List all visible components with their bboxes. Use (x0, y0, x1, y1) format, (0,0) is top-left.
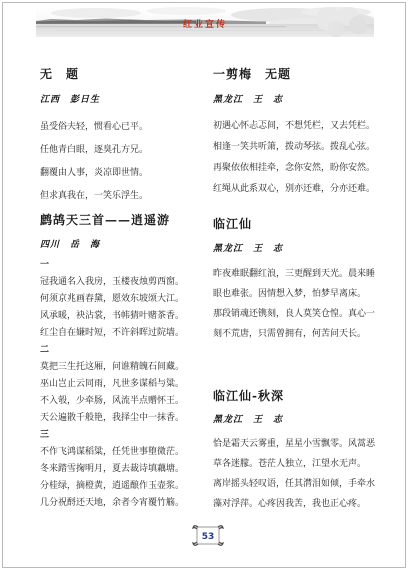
poem-line: 相逢一笑共听箫，拨动琴弦。拨乱心弦。 (213, 135, 389, 156)
poem-wuti: 无 题 江西 彭日生 虽受俗夫轻，惯看心已平。 任他青白眼，逐臭孔方兄。 翻覆由… (40, 65, 216, 206)
poem-line: 巫山岂止云同雨，凡世多谋稻与粱。 (40, 374, 216, 391)
poem-line: 草各迷朦。苍茫人独立，江望水无声。 (213, 452, 389, 472)
poem-author: 四川 岳 海 (40, 237, 216, 250)
poem-title: 一剪梅 无题 (213, 65, 389, 82)
poem-title: 无 题 (40, 65, 216, 82)
poem-line: 红绳从此系双心，别亦还难，分亦还难。 (213, 177, 389, 198)
poem-line: 任他青白眼，逐臭孔方兄。 (40, 137, 216, 160)
poem-line: 但求真我在，一笑乐浮生。 (40, 183, 216, 206)
stanza-label: 二 (40, 340, 216, 357)
poem-line: 红尘自在嫌时短，不许斜晖过院墙。 (40, 323, 216, 340)
poem-line: 天公遍散千般艳，我择尘中一抹香。 (40, 408, 216, 425)
page-number: 53 (202, 532, 215, 542)
poem-line: 冬来踏雪掬明月，夏去裁诗填藕塘。 (40, 459, 216, 476)
poem-line: 恰是霜天云雾重，星星小雪飘零。风蒿恶 (213, 432, 389, 452)
poem-line: 风承暖，袂沾裳，书帏猜叶赌茶香。 (40, 306, 216, 323)
poem-yijianmei: 一剪梅 无题 黑龙江 王 志 初遇心怀忐忑间，不想凭栏，又去凭栏。 相逢一笑共听… (213, 65, 389, 198)
poem-title: 临江仙-秋深 (213, 387, 389, 404)
poem-line: 几分祝酹还天地，余者今宵覆竹觞。 (40, 493, 216, 510)
poem-line: 眼也难张。因情想入梦，怕梦早离床。 (213, 282, 389, 302)
stanza-label: 一 (40, 255, 216, 272)
poem-line: 翻覆由人事，炎凉即世情。 (40, 160, 216, 183)
poem-author: 江西 彭日生 (40, 92, 216, 105)
poem-line: 那段销魂还镌刻，良人莫笑仓惶。真心一 (213, 302, 389, 322)
poem-line: 分桂绿，摘橙黄，逍遥酿作玉壶浆。 (40, 476, 216, 493)
poem-line: 再聚依依相挂牵，念你安然，盼你安然。 (213, 156, 389, 177)
poem-linjiangxian: 临江仙 黑龙江 王 志 昨夜难眠翻红浪，三更醒到天光。晨来睡 眼也难张。因情想入… (213, 215, 389, 342)
poem-line: 离岸摇头轻叹语，任其潸泪如倾，手牵水 (213, 472, 389, 492)
header-banner-image: 红业宣传 (36, 7, 374, 37)
poem-line: 虽受俗夫轻，惯看心已平。 (40, 114, 216, 137)
header-banner: 红业宣传 (36, 7, 374, 37)
poem-author: 黑龙江 王 志 (213, 92, 389, 105)
poem-lines: 昨夜难眠翻红浪，三更醒到天光。晨来睡 眼也难张。因情想入梦，怕梦早离床。 那段销… (213, 262, 389, 342)
page-number-scroll: 53 (189, 522, 227, 550)
poem-line: 莫把三生托这厢，问谁精魄石间藏。 (40, 357, 216, 374)
poem-line: 冠我通名入我房，玉楼夜烛剪西窗。 (40, 272, 216, 289)
poem-line: 不入彀，少牵肠，风流半点赠怀王。 (40, 391, 216, 408)
poem-author: 黑龙江 王 志 (213, 241, 389, 254)
poem-line: 初遇心怀忐忑间，不想凭栏，又去凭栏。 (213, 114, 389, 135)
magazine-page: 红业宣传 无 题 江西 彭日生 虽受俗夫轻，惯看心已平。 任他青白眼，逐臭孔方兄… (2, 2, 406, 568)
stanza-label: 三 (40, 425, 216, 442)
poem-title: 临江仙 (213, 215, 389, 232)
poem-line: 昨夜难眠翻红浪，三更醒到天光。晨来睡 (213, 262, 389, 282)
poem-lines: 恰是霜天云雾重，星星小雪飘零。风蒿恶 草各迷朦。苍茫人独立，江望水无声。 离岸摇… (213, 432, 389, 512)
poem-line: 何须京兆画春黛，愿效东坡颂大江。 (40, 289, 216, 306)
poem-lines: 一 冠我通名入我房，玉楼夜烛剪西窗。 何须京兆画春黛，愿效东坡颂大江。 风承暖，… (40, 255, 216, 510)
poem-lines: 虽受俗夫轻，惯看心已平。 任他青白眼，逐臭孔方兄。 翻覆由人事，炎凉即世情。 但… (40, 114, 216, 206)
poem-author: 黑龙江 王 志 (213, 412, 389, 425)
poem-title: 鹧鸪天三首——逍遥游 (40, 211, 216, 228)
scroll-icon: 53 (189, 522, 227, 550)
poem-line: 不作飞鸿谋稻粱，任凭世事堕微茫。 (40, 442, 216, 459)
magazine-title: 红业宣传 (183, 18, 227, 30)
poem-lines: 初遇心怀忐忑间，不想凭栏，又去凭栏。 相逢一笑共听箫，拨动琴弦。拨乱心弦。 再聚… (213, 114, 389, 198)
poem-line: 刻不荒唐，只需曾拥有，何苦问天长。 (213, 322, 389, 342)
poem-zhegutian: 鹧鸪天三首——逍遥游 四川 岳 海 一 冠我通名入我房，玉楼夜烛剪西窗。 何须京… (40, 211, 216, 510)
poem-line: 藻对浮萍。心疼因我苦，我也正心疼。 (213, 492, 389, 512)
poem-linjiangxian-qiushen: 临江仙-秋深 黑龙江 王 志 恰是霜天云雾重，星星小雪飘零。风蒿恶 草各迷朦。苍… (213, 387, 389, 512)
